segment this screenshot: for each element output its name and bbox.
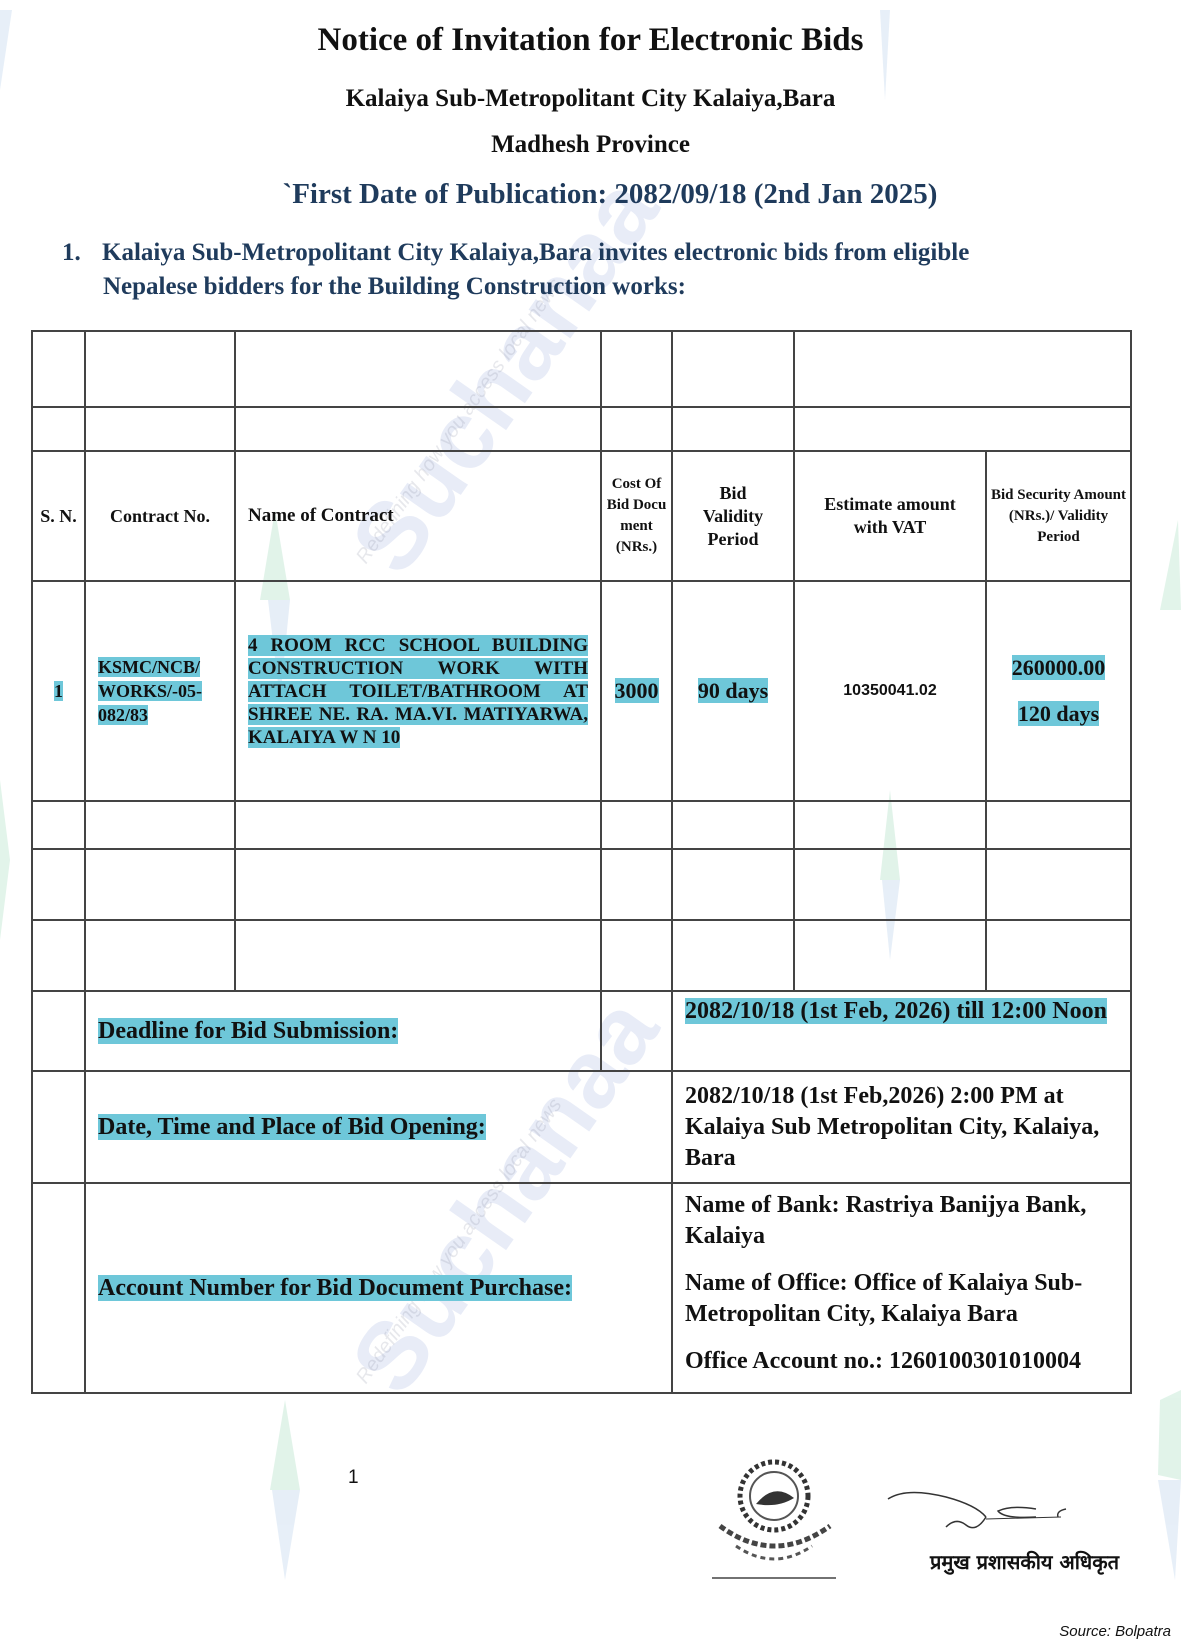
security-validity: 120 days [1018, 701, 1099, 726]
security-amount: 260000.00 [1012, 655, 1106, 680]
col-header-name: Name of Contract [235, 451, 601, 581]
deadline-value: 2082/10/18 (1st Feb, 2026) till 12:00 No… [672, 991, 1131, 1071]
cell-cost: 3000 [601, 581, 672, 801]
table-row-empty [32, 849, 1131, 920]
intro-line-2: Nepalese bidders for the Building Constr… [62, 270, 1122, 304]
col-header-validity: Bid Validity Period [672, 451, 794, 581]
deadline-row: Deadline for Bid Submission: 2082/10/18 … [32, 991, 1131, 1071]
table-row: 1 KSMC/NCB/ WORKS/-05-082/83 4 ROOM RCC … [32, 581, 1131, 801]
organization-name: Kalaiya Sub-Metropolitant City Kalaiya,B… [0, 85, 1181, 113]
intro-number: 1. [62, 236, 102, 270]
col-header-security: Bid Security Amount (NRs.)/ Validity Per… [986, 451, 1131, 581]
col-header-sn: S. N. [32, 451, 85, 581]
intro-paragraph: 1.Kalaiya Sub-Metropolitant City Kalaiya… [62, 236, 1122, 304]
official-title: प्रमुख प्रशासकीय अधिकृत [930, 1548, 1119, 1575]
col-header-cost: Cost Of Bid Docu ment (NRs.) [601, 451, 672, 581]
table-row-empty [32, 920, 1131, 991]
table-row-empty [32, 801, 1131, 849]
account-row: Account Number for Bid Document Purchase… [32, 1183, 1131, 1393]
table-row-empty [32, 331, 1131, 407]
intro-line-1: Kalaiya Sub-Metropolitant City Kalaiya,B… [102, 239, 969, 266]
deadline-label: Deadline for Bid Submission: [85, 991, 601, 1071]
bids-table: S. N. Contract No. Name of Contract Cost… [31, 330, 1132, 1394]
office-name: Name of Office: Office of Kalaiya Sub-Me… [685, 1268, 1118, 1330]
opening-value: 2082/10/18 (1st Feb,2026) 2:00 PM at Kal… [672, 1071, 1131, 1183]
cell-contract-name: 4 ROOM RCC SCHOOL BUILDING CONSTRUCTION … [235, 581, 601, 801]
table-row-empty [32, 407, 1131, 451]
bank-name: Name of Bank: Rastriya Banijya Bank, Kal… [685, 1190, 1118, 1252]
official-seal-icon [708, 1446, 840, 1582]
page-number: 1 [348, 1467, 359, 1489]
signature-icon [886, 1487, 1086, 1547]
cell-contract-no: KSMC/NCB/ WORKS/-05-082/83 [85, 581, 235, 801]
col-header-estimate: Estimate amount with VAT [794, 451, 986, 581]
opening-row: Date, Time and Place of Bid Opening: 208… [32, 1071, 1131, 1183]
publication-date: `First Date of Publication: 2082/09/18 (… [0, 178, 1110, 211]
col-header-contract-no: Contract No. [85, 451, 235, 581]
source-credit: Source: Bolpatra [1059, 1623, 1171, 1640]
cell-sn: 1 [32, 581, 85, 801]
account-details: Name of Bank: Rastriya Banijya Bank, Kal… [672, 1183, 1131, 1393]
cell-estimate: 10350041.02 [794, 581, 986, 801]
province-name: Madhesh Province [0, 131, 1181, 159]
table-header-row: S. N. Contract No. Name of Contract Cost… [32, 451, 1131, 581]
notice-title: Notice of Invitation for Electronic Bids [0, 22, 1181, 59]
cell-security: 260000.00 120 days [986, 581, 1131, 801]
account-label: Account Number for Bid Document Purchase… [85, 1183, 672, 1393]
account-number: Office Account no.: 1260100301010004 [685, 1346, 1118, 1377]
cell-validity: 90 days [672, 581, 794, 801]
opening-label: Date, Time and Place of Bid Opening: [85, 1071, 672, 1183]
